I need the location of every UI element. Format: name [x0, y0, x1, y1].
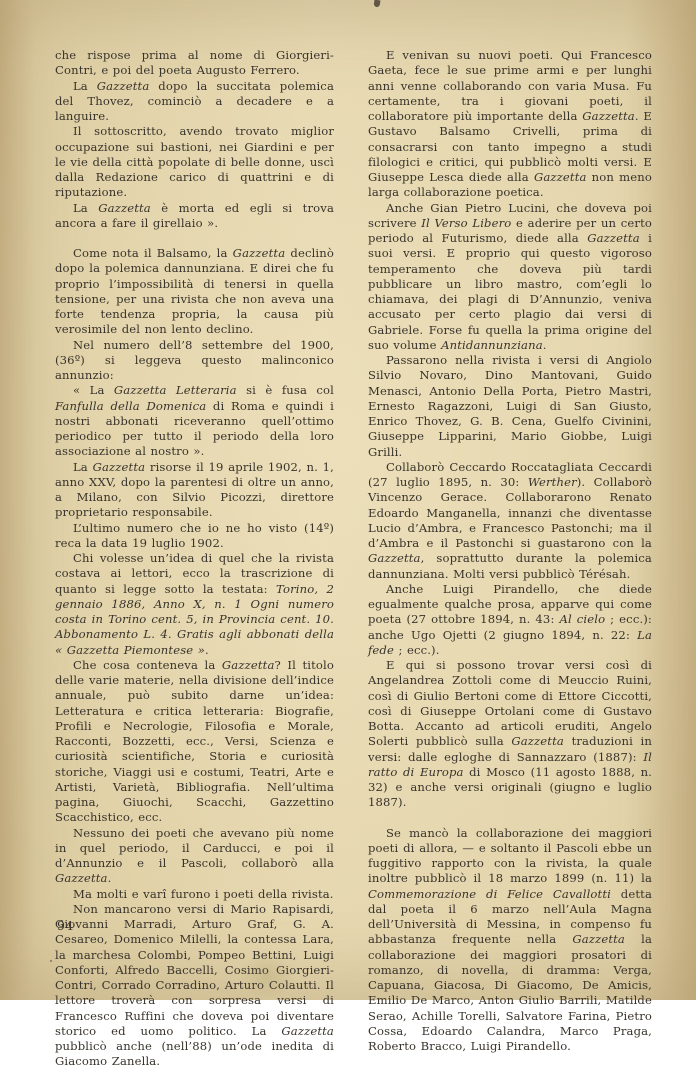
- body-text: La: [73, 79, 97, 93]
- italic-text: Commemorazione di Felice Cavallotti: [368, 887, 611, 901]
- body-text: Nessuno dei poeti che avevano più nome i…: [55, 826, 334, 871]
- paragraph: Che cosa conteneva la Gazzetta? Il titol…: [55, 658, 334, 826]
- body-text: Il sottoscritto, avendo trovato miglior …: [55, 124, 334, 199]
- body-text: ; ecc.).: [394, 643, 440, 657]
- body-text: La: [73, 460, 93, 474]
- paragraph: Il sottoscritto, avendo trovato miglior …: [55, 124, 334, 200]
- paragraph: La Gazzetta dopo la succitata polemica d…: [55, 79, 334, 125]
- body-text: L’ultimo numero che io ne ho visto (14º)…: [55, 521, 334, 550]
- paragraph: « La Gazzetta Letteraria si è fusa col F…: [55, 383, 334, 459]
- italic-text: Gazzetta: [534, 170, 587, 184]
- body-text: Che cosa conteneva la: [73, 658, 222, 672]
- italic-text: Gazzetta: [587, 231, 640, 245]
- page-number: 94: [57, 918, 74, 933]
- paragraph: che rispose prima al nome di Giorgieri-C…: [55, 48, 334, 79]
- body-text: i suoi versi. E proprio qui questo vigor…: [368, 231, 652, 352]
- paragraph: Nessuno dei poeti che avevano più nome i…: [55, 826, 334, 887]
- paragraph: Nel numero dell’8 settembre del 1900, (3…: [55, 338, 334, 384]
- italic-text: Gazzetta: [582, 109, 635, 123]
- paragraph: E qui si possono trovar versi così di An…: [368, 658, 652, 811]
- body-text: .: [108, 871, 112, 885]
- italic-text: Gazzetta: [55, 871, 108, 885]
- body-text: si è fusa col: [237, 383, 334, 397]
- italic-text: Gazzetta: [222, 658, 275, 672]
- body-text: Non mancarono versi di Mario Rapisardi, …: [55, 902, 334, 1000]
- left-column: che rispose prima al nome di Giorgieri-C…: [55, 48, 334, 1000]
- body-text: Passarono nella rivista i versi di Angio…: [368, 353, 652, 459]
- book-page: che rispose prima al nome di Giorgieri-C…: [0, 0, 696, 1000]
- italic-text: Gazzetta: [97, 79, 150, 93]
- italic-text: Gazzetta Letteraria: [114, 383, 237, 397]
- body-text: « La: [73, 383, 114, 397]
- body-text: ? Il titolo delle varie materie, nella d…: [55, 658, 334, 825]
- paragraph: Non mancarono versi di Mario Rapisardi, …: [55, 902, 334, 1000]
- italic-text: Fanfulla della Domenica: [55, 399, 206, 413]
- scan-artifact-top-nick: [374, 0, 381, 7]
- italic-text: Gazzetta: [511, 734, 564, 748]
- italic-text: Il Verso Libero: [421, 216, 511, 230]
- scan-artifact-speck: [50, 960, 52, 962]
- italic-text: Gazzetta: [368, 551, 421, 565]
- paragraph: Passarono nella rivista i versi di Angio…: [368, 353, 652, 460]
- italic-text: Gazzetta: [98, 201, 151, 215]
- right-column: E venivan su nuovi poeti. Qui Francesco …: [368, 48, 652, 1000]
- body-text: Se mancò la collaborazione dei maggiori …: [368, 826, 652, 886]
- paragraph: La Gazzetta è morta ed egli si trova anc…: [55, 201, 334, 232]
- paragraph: Come nota il Balsamo, la Gazzetta declin…: [55, 246, 334, 338]
- body-text: Nel numero dell’8 settembre del 1900, (3…: [55, 338, 334, 383]
- paragraph: Collaborò Ceccardo Roccatagliata Ceccard…: [368, 460, 652, 582]
- paragraph: E venivan su nuovi poeti. Qui Francesco …: [368, 48, 652, 201]
- paragraph: Se mancò la collaborazione dei maggiori …: [368, 826, 652, 1001]
- body-text: Come nota il Balsamo, la: [73, 246, 233, 260]
- paragraph: Chi volesse un’idea di quel che la rivis…: [55, 551, 334, 658]
- paragraph: La Gazzetta risorse il 19 aprile 1902, n…: [55, 460, 334, 521]
- italic-text: Gazzetta: [233, 246, 286, 260]
- italic-text: Gazzetta: [572, 932, 625, 946]
- body-text: Ma molti e varî furono i poeti della riv…: [73, 887, 334, 901]
- paragraph: Anche Gian Pietro Lucini, che doveva poi…: [368, 201, 652, 354]
- paragraph: Ma molti e varî furono i poeti della riv…: [55, 887, 334, 902]
- italic-text: Gazzetta: [93, 460, 146, 474]
- paragraph: Anche Luigi Pirandello, che diede egualm…: [368, 582, 652, 658]
- body-text: .: [543, 338, 547, 352]
- italic-text: Werther: [528, 475, 577, 489]
- body-text: .: [205, 643, 209, 657]
- body-text: che rispose prima al nome di Giorgieri-C…: [55, 48, 334, 77]
- italic-text: Al cielo: [559, 612, 605, 626]
- italic-text: Antidannunziana: [441, 338, 543, 352]
- paragraph: L’ultimo numero che io ne ho visto (14º)…: [55, 521, 334, 552]
- body-text: La: [73, 201, 98, 215]
